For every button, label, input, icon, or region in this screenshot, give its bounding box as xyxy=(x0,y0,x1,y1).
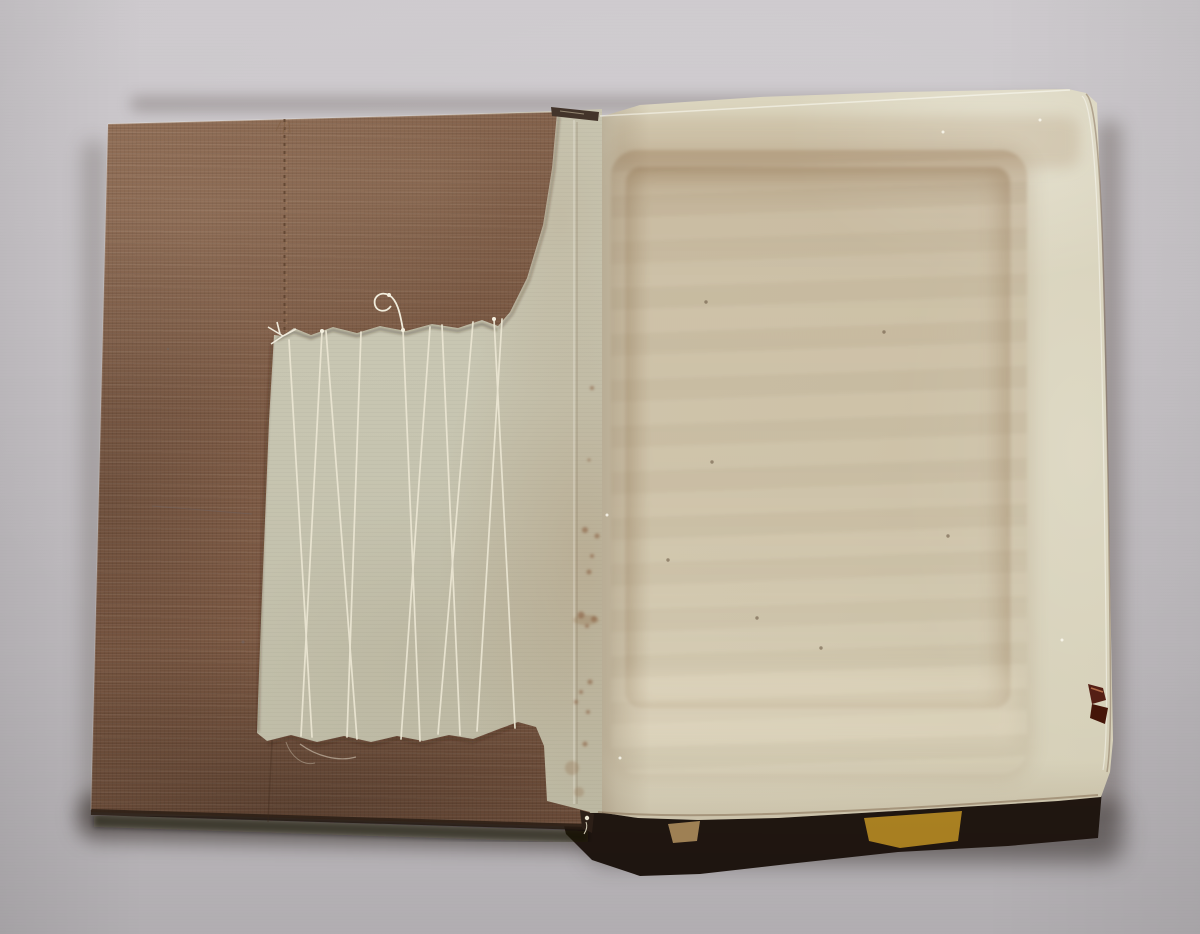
page-stain-light-band xyxy=(617,670,1017,744)
page-stain-impression xyxy=(611,150,1027,774)
photograph-scene xyxy=(0,0,1200,934)
page-stain-inner-outline xyxy=(625,166,1011,708)
